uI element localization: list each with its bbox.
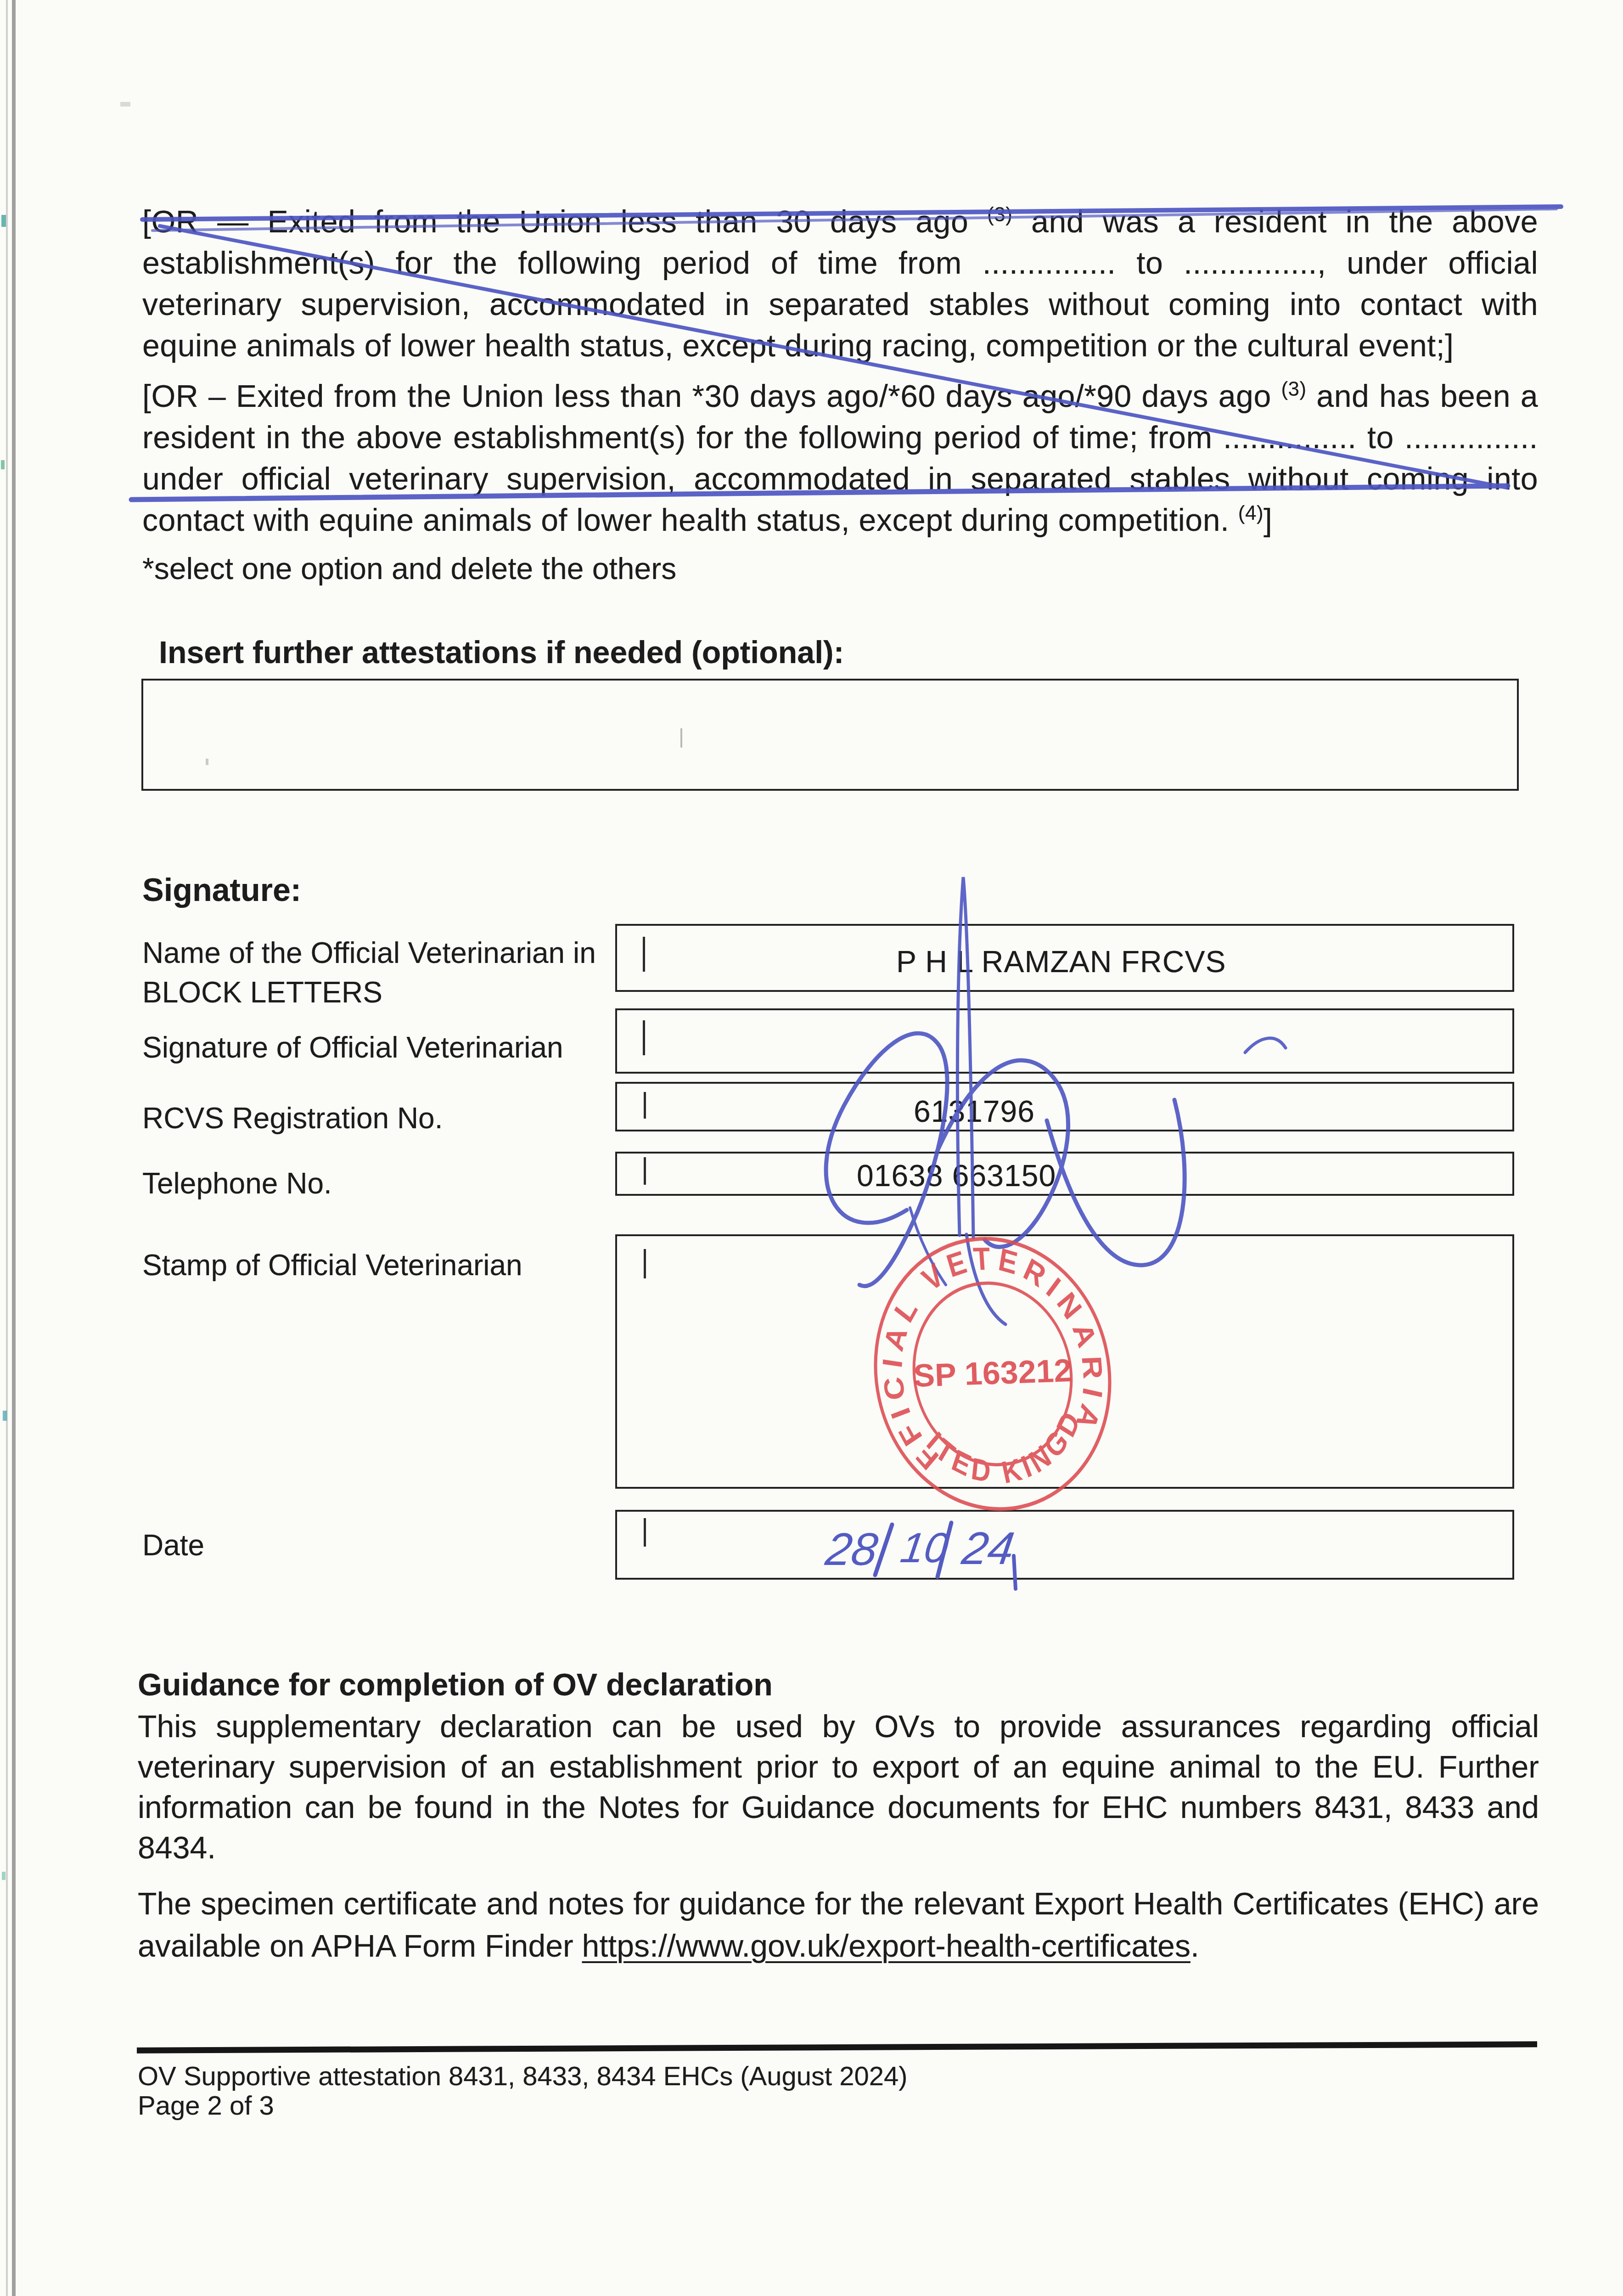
- stamp-field[interactable]: [615, 1234, 1514, 1489]
- clause-or1: [OR — Exited from the Union less than 30…: [142, 201, 1538, 366]
- name-value: P H L RAMZAN FRCVS: [896, 944, 1226, 979]
- scan-smudge: [120, 102, 130, 107]
- cursor-mark: [644, 1157, 646, 1185]
- cursor-mark: [644, 1249, 646, 1278]
- guidance-heading: Guidance for completion of OV declaratio…: [138, 1667, 773, 1703]
- cursor-mark: [643, 937, 645, 972]
- cursor-mark: [644, 1092, 646, 1119]
- further-attestations-field[interactable]: [141, 679, 1519, 791]
- name-label: Name of the Official Veterinarian in BLO…: [142, 933, 629, 1012]
- signature-section-heading: Signature:: [142, 872, 301, 908]
- footnote-ref-3b: (3): [1281, 378, 1306, 400]
- footnote-ref-4: (4): [1238, 502, 1264, 524]
- telephone-value: 01638 663150: [857, 1158, 1056, 1193]
- specimen-period: .: [1191, 1929, 1199, 1964]
- scan-speck: [3, 1411, 7, 1421]
- footer-page-number: Page 2 of 3: [138, 2091, 274, 2121]
- cursor-mark: [644, 1518, 646, 1547]
- link-export-health-certificates[interactable]: https://www.gov.uk/export-health-certifi…: [582, 1929, 1191, 1964]
- footer-rule: [137, 2041, 1537, 2053]
- footer-document-id: OV Supportive attestation 8431, 8433, 84…: [138, 2062, 908, 2091]
- scanned-document-page: [OR — Exited from the Union less than 30…: [0, 0, 1623, 2296]
- clause-or2-bracket: ]: [1264, 503, 1272, 538]
- rcvs-field[interactable]: [615, 1082, 1514, 1131]
- specimen-paragraph: The specimen certificate and notes for g…: [138, 1883, 1539, 1967]
- scan-border-dark: [12, 0, 16, 2296]
- further-attestations-heading: Insert further attestations if needed (o…: [159, 635, 844, 670]
- clause-or2: [OR – Exited from the Union less than *3…: [142, 376, 1538, 541]
- clause-or1-text: [OR — Exited from the Union less than 30…: [142, 204, 987, 239]
- scan-speck: [1, 215, 6, 227]
- select-option-note: *select one option and delete the others: [142, 551, 676, 586]
- clause-or2-text: [OR – Exited from the Union less than *3…: [142, 379, 1281, 414]
- scan-speck: [2, 1872, 6, 1880]
- signature-field[interactable]: [615, 1008, 1514, 1074]
- telephone-field[interactable]: [615, 1152, 1514, 1196]
- date-field[interactable]: [615, 1510, 1514, 1580]
- scan-border-light: [6, 0, 8, 2296]
- guidance-body: This supplementary declaration can be us…: [138, 1706, 1539, 1868]
- scan-speck: [1, 460, 5, 469]
- rcvs-value: 6131796: [914, 1094, 1035, 1129]
- cursor-mark: [643, 1020, 645, 1055]
- footnote-ref-3: (3): [987, 203, 1012, 226]
